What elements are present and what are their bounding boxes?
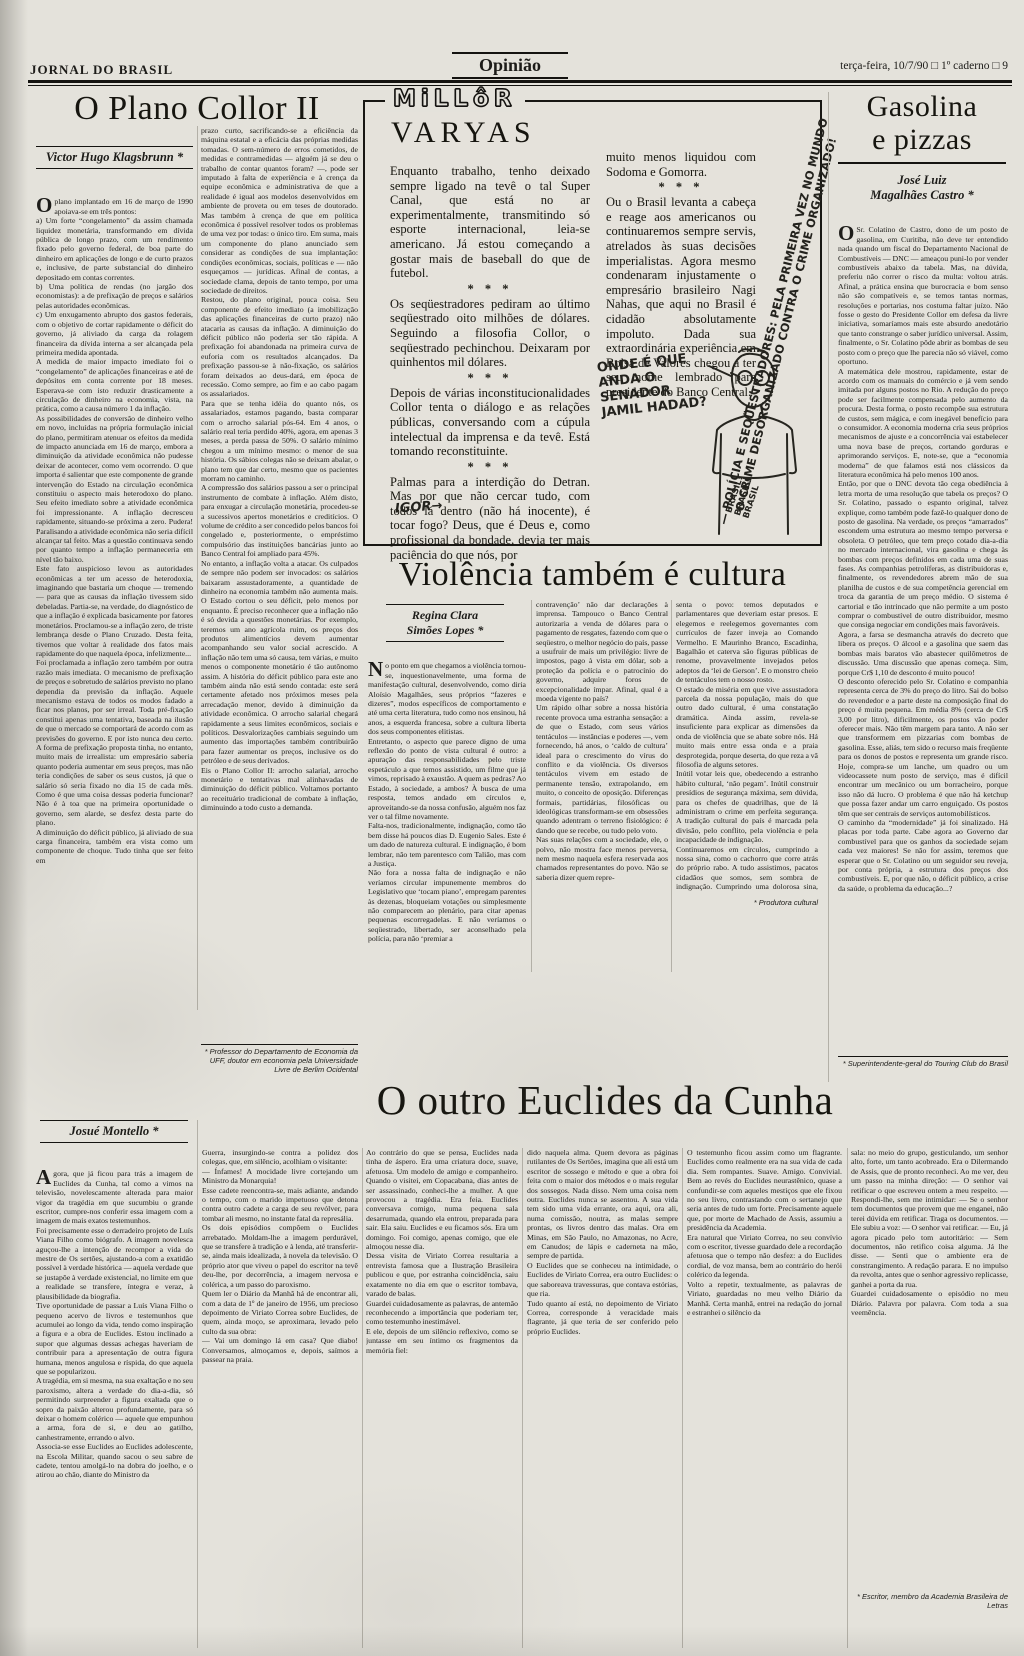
collor-footnote: * Professor do Departamento de Economia … (201, 1044, 358, 1074)
violencia-dropcap: N (368, 661, 385, 678)
varyas-separator: * * * (390, 370, 590, 386)
euclides-column-6: sala: no meio do grupo, gesticulando, um… (851, 1148, 1008, 1586)
gasolina-footnote: * Superintendente-geral do Touring Club … (838, 1056, 1008, 1068)
euclides-column-5: O testemunho ficou assim como um flagran… (687, 1148, 842, 1648)
dateline: terça-feira, 10/7/90 □ 1º caderno □ 9 (840, 60, 1008, 72)
euclides-column-3: Ao contrário do que se pensa, Euclides n… (366, 1148, 518, 1648)
gasolina-column: OSr. Colatino de Castro, dono de um post… (838, 216, 1008, 1050)
violencia-column-1: No ponto em que chegamos a violência tor… (368, 652, 526, 972)
varyas-item: muito menos liquidou com Sodoma e Gomorr… (606, 150, 756, 179)
violencia-column-3: senta o povo: temos deputados e parlamen… (676, 600, 818, 892)
varyas-item: Os seqüestradores pediram ao último seqü… (390, 297, 590, 370)
section-title: Opinião (452, 52, 568, 79)
column-rule (362, 1148, 363, 1648)
varyas-item: Enquanto trabalho, tenho deixado sempre … (390, 164, 590, 281)
violencia-column-2: contravenção’ não dar declarações à impr… (536, 600, 668, 972)
varyas-separator: * * * (390, 281, 590, 297)
collor-byline: Victor Hugo Klagsbrunn * (36, 146, 193, 169)
violencia-byline: Regina Clara Simões Lopes * (386, 604, 504, 642)
euclides-column-4: dido naquela alma. Quem devora as página… (527, 1148, 678, 1648)
gasolina-headline: Gasolina e pizzas (834, 90, 1010, 156)
column-rule (847, 1148, 848, 1648)
euclides-headline: O outro Euclides da Cunha (200, 1076, 1010, 1124)
column-rule (197, 1120, 198, 1648)
violencia-footnote: * Produtora cultural (676, 896, 818, 907)
euclides-column-1: Agora, que já ficou para trás a imagem d… (36, 1160, 193, 1648)
varyas-separator: * * * (390, 459, 590, 475)
euclides-footnote: * Escritor, membro da Academia Brasileir… (851, 1590, 1008, 1610)
column-rule (682, 1148, 683, 1648)
varyas-title: VARYAS (391, 116, 536, 150)
varyas-item: Depois de várias inconstitucionalidades … (390, 386, 590, 459)
violencia-headline: Violência também é cultura (365, 556, 820, 594)
gasolina-headline-rule (838, 162, 1006, 164)
masthead: JORNAL DO BRASIL (30, 62, 173, 78)
header-rule-thick (28, 80, 1012, 83)
newspaper-page: JORNAL DO BRASIL Opinião terça-feira, 10… (0, 0, 1024, 1656)
column-rule (671, 600, 672, 972)
euclides-dropcap: A (36, 1169, 53, 1186)
millor-logo: MiLLôR (385, 86, 525, 112)
column-rule (522, 1148, 523, 1648)
collor-dropcap: O (36, 197, 54, 214)
varyas-separator: * * * (606, 179, 756, 195)
column-rule (828, 92, 829, 1082)
column-rule (197, 126, 198, 1010)
gasolina-byline: José Luiz Magalhães Castro * (834, 170, 1010, 206)
millor-cartoon-box: MiLLôR VARYAS Enquanto trabalho, tenho d… (363, 100, 822, 546)
euclides-byline: Josué Montello * (40, 1120, 188, 1143)
collor-headline: O Plano Collor II (32, 90, 362, 128)
column-rule (531, 600, 532, 972)
collor-column-1: Oplano implantado em 16 de março de 1990… (36, 188, 193, 1010)
varyas-item: Palmas para a interdição do Detran. Mas … (390, 475, 590, 563)
euclides-column-2: Guerra, insurgindo-se contra a polidez d… (202, 1148, 358, 1648)
gasolina-dropcap: O (838, 225, 856, 242)
collor-column-2: prazo curto, sacrificando-se a eficiênci… (201, 126, 358, 1038)
